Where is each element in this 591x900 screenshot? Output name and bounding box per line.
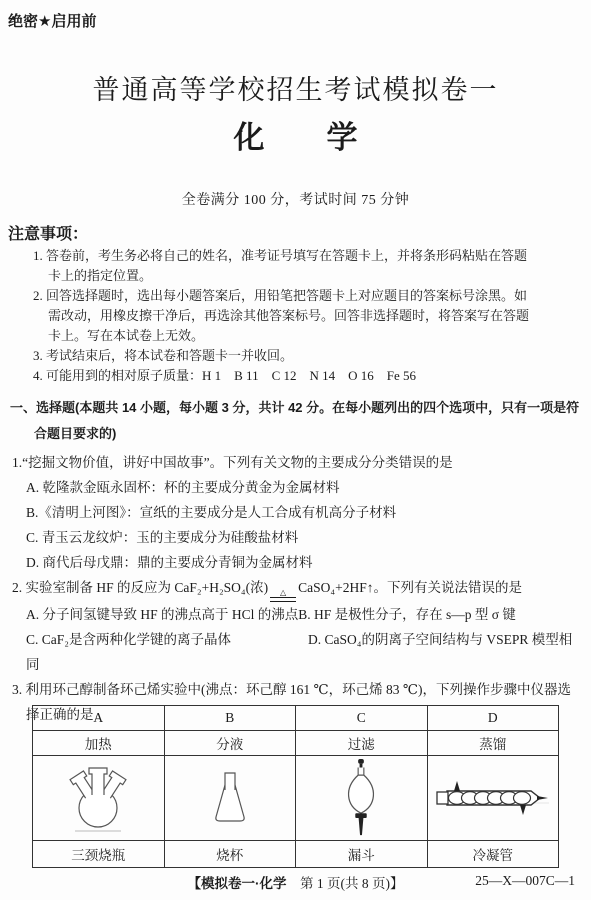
operation-cell: 分液 (164, 731, 296, 756)
operation-row: 加热 分液 过滤 蒸馏 (33, 731, 559, 756)
equation-right: CaSO₄+2HF↑。下列有关说法错误的是 (298, 580, 522, 595)
option-c: C. 青玉云龙纹炉：玉的主要成分为硅酸盐材料 (26, 525, 579, 550)
notice-item: 3. 考试结束后，将本试卷和答题卡一并收回。 (33, 346, 538, 366)
apparatus-label-row: 三颈烧瓶 烧杯 漏斗 冷凝管 (33, 841, 559, 868)
option-c: C. CaF₂是含两种化学键的离子晶体 (26, 627, 308, 652)
questions-block: 1.“挖掘文物价值，讲好中国故事”。下列有关文物的主要成分分类错误的是 A. 乾… (12, 450, 579, 727)
equation-left: 2. 实验室制备 HF 的反应为 CaF₂+H₂SO₄(浓) (12, 580, 268, 595)
operation-cell: 蒸馏 (427, 731, 559, 756)
apparatus-image-cell (33, 756, 165, 841)
notice-list: 1. 答卷前，考生务必将自己的姓名，准考证号填写在答题卡上，并将条形码粘贴在答题… (33, 246, 538, 386)
exam-paper-page: 绝密★启用前 普通高等学校招生考试模拟卷一 化 学 全卷满分 100 分，考试时… (0, 0, 591, 900)
heated-reaction-arrow-icon: △ (270, 589, 296, 602)
option-row-ab: A. 分子间氢键导致 HF 的沸点高于 HCl 的沸点B. HF 是极性分子，存… (26, 602, 579, 627)
conical-flask-icon (198, 763, 262, 833)
option-a: A. 分子间氢键导致 HF 的沸点高于 HCl 的沸点 (26, 602, 298, 627)
apparatus-label-cell: 三颈烧瓶 (33, 841, 165, 868)
header-cell: D (427, 706, 559, 731)
apparatus-image-row (33, 756, 559, 841)
option-b: B. HF 是极性分子，存在 s—p 型 σ 键 (298, 607, 516, 622)
header-cell: C (296, 706, 428, 731)
condenser-icon (433, 772, 553, 824)
three-neck-flask-icon (66, 760, 130, 836)
question-1: 1.“挖掘文物价值，讲好中国故事”。下列有关文物的主要成分分类错误的是 A. 乾… (12, 450, 579, 575)
apparatus-label-cell: 漏斗 (296, 841, 428, 868)
notice-item: 1. 答卷前，考生务必将自己的姓名，准考证号填写在答题卡上，并将条形码粘贴在答题… (33, 246, 538, 286)
exam-info: 全卷满分 100 分，考试时间 75 分钟 (0, 189, 591, 209)
table-header-row: A B C D (33, 706, 559, 731)
apparatus-table: A B C D 加热 分液 过滤 蒸馏 (32, 705, 559, 868)
notice-item: 4. 可能用到的相对原子质量：H 1 B 11 C 12 N 14 O 16 F… (33, 366, 538, 386)
apparatus-image-cell (164, 756, 296, 841)
option-row-cd: C. CaF₂是含两种化学键的离子晶体D. CaSO₄的阴离子空间结构与 VSE… (26, 627, 579, 677)
apparatus-image-cell (427, 756, 559, 841)
option-b: B.《清明上河图》：宣纸的主要成分是人工合成有机高分子材料 (26, 500, 579, 525)
footer-page-number: 第 1 页(共 8 页)】 (287, 876, 404, 891)
notice-heading: 注意事项： (8, 221, 88, 244)
footer-booklet: 【模拟卷一·化学 (188, 876, 287, 891)
question-text: 1.“挖掘文物价值，讲好中国故事”。下列有关文物的主要成分分类错误的是 (12, 450, 579, 475)
page-footer: 【模拟卷一·化学 第 1 页(共 8 页)】 25—X—007C—1 (0, 872, 591, 892)
notice-item: 2. 回答选择题时，选出每小题答案后，用铅笔把答题卡上对应题目的答案标号涂黑。如… (33, 286, 538, 346)
option-d: D. 商代后母戊鼎：鼎的主要成分青铜为金属材料 (26, 550, 579, 575)
question-2: 2. 实验室制备 HF 的反应为 CaF₂+H₂SO₄(浓)△CaSO₄+2HF… (12, 575, 579, 677)
exam-title: 普通高等学校招生考试模拟卷一 (0, 68, 591, 107)
footer-code: 25—X—007C—1 (475, 873, 575, 889)
operation-cell: 过滤 (296, 731, 428, 756)
question-text: 2. 实验室制备 HF 的反应为 CaF₂+H₂SO₄(浓)△CaSO₄+2HF… (12, 575, 579, 602)
separating-funnel-icon (337, 758, 385, 838)
apparatus-label-cell: 烧杯 (164, 841, 296, 868)
apparatus-image-cell (296, 756, 428, 841)
secret-banner: 绝密★启用前 (8, 10, 96, 31)
header-cell: B (164, 706, 296, 731)
operation-cell: 加热 (33, 731, 165, 756)
subject-title: 化 学 (0, 112, 591, 157)
header-cell: A (33, 706, 165, 731)
apparatus-label-cell: 冷凝管 (427, 841, 559, 868)
option-a: A. 乾隆款金瓯永固杯：杯的主要成分黄金为金属材料 (26, 475, 579, 500)
section-heading: 一、选择题(本题共 14 小题，每小题 3 分，共计 42 分。在每小题列出的四… (10, 395, 580, 447)
delta-symbol: △ (270, 589, 296, 597)
